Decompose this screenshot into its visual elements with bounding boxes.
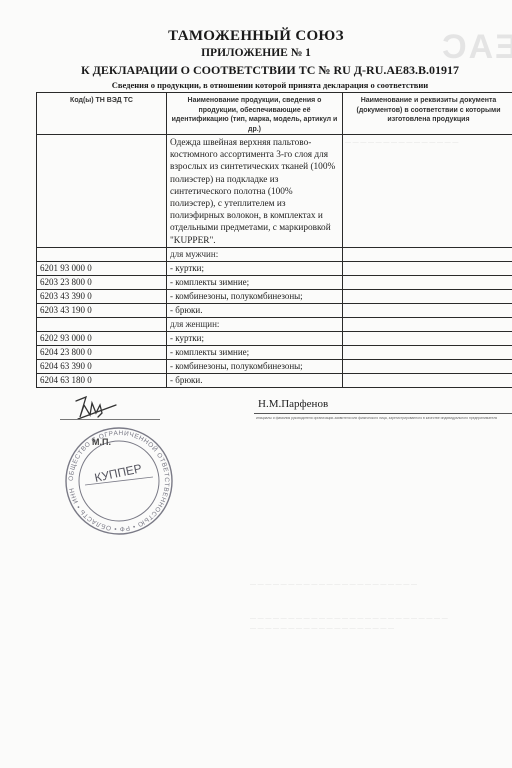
description-row: Одежда швейная верхняя пальтово-костюмно…: [37, 135, 512, 248]
bleed-through-text: — — — — — — — — — — — — — — — — — — —: [250, 626, 394, 632]
hs-code: 6201 93 000 0: [37, 261, 167, 275]
column-header-product: Наименование продукции, сведения о проду…: [167, 93, 343, 135]
table-row: 6203 43 190 0- брюки.: [37, 303, 512, 317]
standard-document: [343, 275, 512, 289]
hs-code: 6202 93 000 0: [37, 331, 167, 345]
appendix-title: ПРИЛОЖЕНИЕ № 1: [0, 47, 512, 59]
handwritten-signature: [72, 395, 122, 425]
bleed-through-text: — — — — — — — — — — — — — — — — — — — — …: [250, 616, 448, 622]
hs-code: 6204 63 390 0: [37, 359, 167, 373]
hs-code: 6203 43 390 0: [37, 289, 167, 303]
standard-document: [343, 303, 512, 317]
group-label: для мужчин:: [167, 247, 343, 261]
hs-code: 6204 23 800 0: [37, 345, 167, 359]
table-row: 6202 93 000 0- куртки;: [37, 331, 512, 345]
products-table: Код(ы) ТН ВЭД ТС Наименование продукции,…: [36, 92, 512, 388]
table-row: 6204 63 390 0- комбинезоны, полукомбинез…: [37, 359, 512, 373]
column-header-codes: Код(ы) ТН ВЭД ТС: [37, 93, 167, 135]
bleed-through-text: — — — — — — — — — — — — — — — — — — — — …: [250, 582, 417, 588]
signer-caption: инициалы и фамилия руководителя организа…: [256, 416, 512, 421]
table-row: 6203 23 800 0- комплекты зимние;: [37, 275, 512, 289]
standard-document: [343, 331, 512, 345]
product-item: - комбинезоны, полукомбинезоны;: [167, 289, 343, 303]
standard-document: [343, 359, 512, 373]
table-group-row: для женщин:: [37, 317, 512, 331]
signature-underline: [60, 419, 160, 420]
product-item: - брюки.: [167, 373, 343, 387]
product-item: - комплекты зимние;: [167, 345, 343, 359]
table-header-row: Код(ы) ТН ВЭД ТС Наименование продукции,…: [37, 93, 512, 135]
hs-code: 6203 23 800 0: [37, 275, 167, 289]
declaration-appendix-page: EAC — — — — — — — — — — — — — — — — — — …: [0, 0, 512, 768]
seal-placeholder-label: М.П.: [92, 437, 111, 447]
hs-code: 6203 43 190 0: [37, 303, 167, 317]
document-subtitle: Сведения о продукции, в отношении которо…: [0, 80, 512, 90]
signer-line: [254, 413, 512, 414]
table-row: 6204 23 800 0- комплекты зимние;: [37, 345, 512, 359]
product-item: - куртки;: [167, 261, 343, 275]
group-label: для женщин:: [167, 317, 343, 331]
company-stamp: ОБЩЕСТВО С ОГРАНИЧЕННОЙ ОТВЕТСТВЕННОСТЬЮ…: [63, 425, 175, 537]
table-row: 6203 43 390 0- комбинезоны, полукомбинез…: [37, 289, 512, 303]
hs-code: 6204 63 180 0: [37, 373, 167, 387]
document-title: ТАМОЖЕННЫЙ СОЮЗ: [0, 28, 512, 45]
declaration-reference: К ДЕКЛАРАЦИИ О СООТВЕТСТВИИ ТС № RU Д-RU…: [0, 63, 512, 78]
product-item: - брюки.: [167, 303, 343, 317]
standard-document: [343, 345, 512, 359]
signer-name: Н.М.Парфенов: [258, 398, 328, 410]
standard-document: [343, 289, 512, 303]
standard-document: [343, 261, 512, 275]
column-header-documents: Наименование и реквизиты документа (доку…: [343, 93, 512, 135]
product-item: - комбинезоны, полукомбинезоны;: [167, 359, 343, 373]
product-item: - комплекты зимние;: [167, 275, 343, 289]
table-group-row: для мужчин:: [37, 247, 512, 261]
standard-document: [343, 373, 512, 387]
table-row: 6204 63 180 0- брюки.: [37, 373, 512, 387]
product-item: - куртки;: [167, 331, 343, 345]
product-description: Одежда швейная верхняя пальтово-костюмно…: [167, 135, 343, 248]
table-row: 6201 93 000 0- куртки;: [37, 261, 512, 275]
